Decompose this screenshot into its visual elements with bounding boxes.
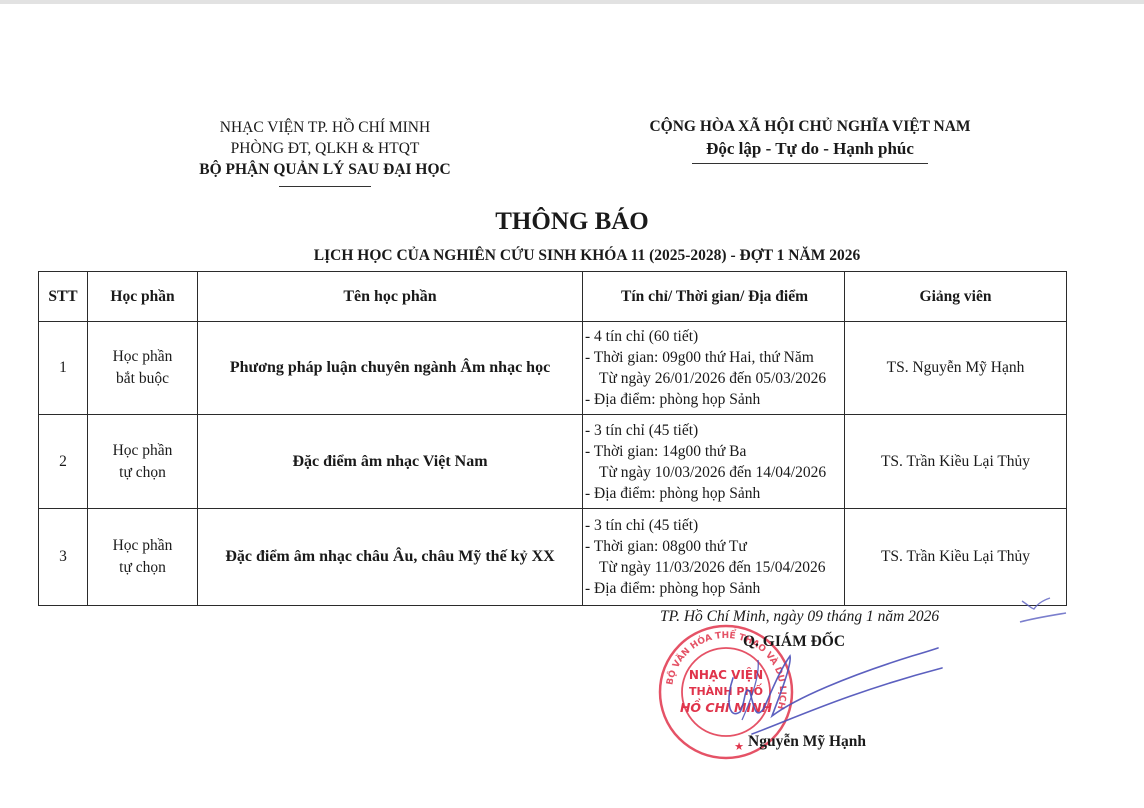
lecturer: TS. Trần Kiều Lại Thủy (845, 509, 1067, 606)
table-header-row: STT Học phần Tên học phần Tín chỉ/ Thời … (39, 272, 1067, 322)
course-credits: - 4 tín chỉ (60 tiết) (585, 326, 844, 347)
signer-name: Nguyễn Mỹ Hạnh (748, 733, 866, 751)
agency-division: BỘ PHẬN QUẢN LÝ SAU ĐẠI HỌC (150, 159, 500, 180)
schedule-table: STT Học phần Tên học phần Tín chỉ/ Thời … (38, 271, 1067, 606)
handwritten-signature-icon (680, 620, 970, 750)
column-header-details: Tín chỉ/ Thời gian/ Địa điểm (583, 272, 845, 322)
course-type-line: bắt buộc (88, 368, 197, 390)
document-title: THÔNG BÁO (0, 206, 1144, 238)
document-subtitle: LỊCH HỌC CỦA NGHIÊN CỨU SINH KHÓA 11 (20… (0, 245, 1144, 267)
course-type: Học phần bắt buộc (88, 322, 198, 415)
row-number: 1 (39, 322, 88, 415)
course-name: Đặc điểm âm nhạc châu Âu, châu Mỹ thế kỷ… (198, 509, 583, 606)
course-type: Học phần tự chọn (88, 415, 198, 509)
motto-divider (692, 163, 928, 164)
course-time: - Thời gian: 08g00 thứ Tư (585, 536, 844, 557)
table-row: 1 Học phần bắt buộc Phương pháp luận chu… (39, 322, 1067, 415)
course-details: - 3 tín chỉ (45 tiết) - Thời gian: 08g00… (583, 509, 845, 606)
course-type-line: Học phần (88, 346, 197, 368)
course-dates: Từ ngày 11/03/2026 đến 15/04/2026 (585, 557, 844, 578)
column-header-lecturer: Giảng viên (845, 272, 1067, 322)
course-type-line: Học phần (88, 535, 197, 557)
course-type-line: Học phần (88, 440, 197, 462)
course-credits: - 3 tín chỉ (45 tiết) (585, 420, 844, 441)
course-time: - Thời gian: 09g00 thứ Hai, thứ Năm (585, 347, 844, 368)
lecturer: TS. Trần Kiều Lại Thủy (845, 415, 1067, 509)
agency-department: PHÒNG ĐT, QLKH & HTQT (150, 138, 500, 159)
national-header: CỘNG HÒA XÃ HỘI CHỦ NGHĨA VIỆT NAM Độc l… (600, 116, 1020, 164)
course-location: - Địa điểm: phòng họp Sảnh (585, 483, 844, 504)
course-location: - Địa điểm: phòng họp Sảnh (585, 578, 844, 599)
course-dates: Từ ngày 10/03/2026 đến 14/04/2026 (585, 462, 844, 483)
course-type-line: tự chọn (88, 462, 197, 484)
table-row: 3 Học phần tự chọn Đặc điểm âm nhạc châu… (39, 509, 1067, 606)
issuing-agency-header: NHẠC VIỆN TP. HỒ CHÍ MINH PHÒNG ĐT, QLKH… (150, 117, 500, 187)
scribble-mark-icon (1010, 595, 1080, 635)
row-number: 3 (39, 509, 88, 606)
national-title: CỘNG HÒA XÃ HỘI CHỦ NGHĨA VIỆT NAM (600, 116, 1020, 138)
table-row: 2 Học phần tự chọn Đặc điểm âm nhạc Việt… (39, 415, 1067, 509)
course-details: - 3 tín chỉ (45 tiết) - Thời gian: 14g00… (583, 415, 845, 509)
course-time: - Thời gian: 14g00 thứ Ba (585, 441, 844, 462)
header-divider (279, 186, 371, 187)
course-name: Phương pháp luận chuyên ngành Âm nhạc họ… (198, 322, 583, 415)
course-credits: - 3 tín chỉ (45 tiết) (585, 515, 844, 536)
course-location: - Địa điểm: phòng họp Sảnh (585, 389, 844, 410)
top-bar (0, 0, 1144, 4)
agency-name: NHẠC VIỆN TP. HỒ CHÍ MINH (150, 117, 500, 138)
national-motto: Độc lập - Tự do - Hạnh phúc (600, 138, 1020, 160)
column-header-course-type: Học phần (88, 272, 198, 322)
course-type-line: tự chọn (88, 557, 197, 579)
row-number: 2 (39, 415, 88, 509)
course-details: - 4 tín chỉ (60 tiết) - Thời gian: 09g00… (583, 322, 845, 415)
course-name: Đặc điểm âm nhạc Việt Nam (198, 415, 583, 509)
course-dates: Từ ngày 26/01/2026 đến 05/03/2026 (585, 368, 844, 389)
column-header-stt: STT (39, 272, 88, 322)
column-header-course-name: Tên học phần (198, 272, 583, 322)
lecturer: TS. Nguyễn Mỹ Hạnh (845, 322, 1067, 415)
course-type: Học phần tự chọn (88, 509, 198, 606)
